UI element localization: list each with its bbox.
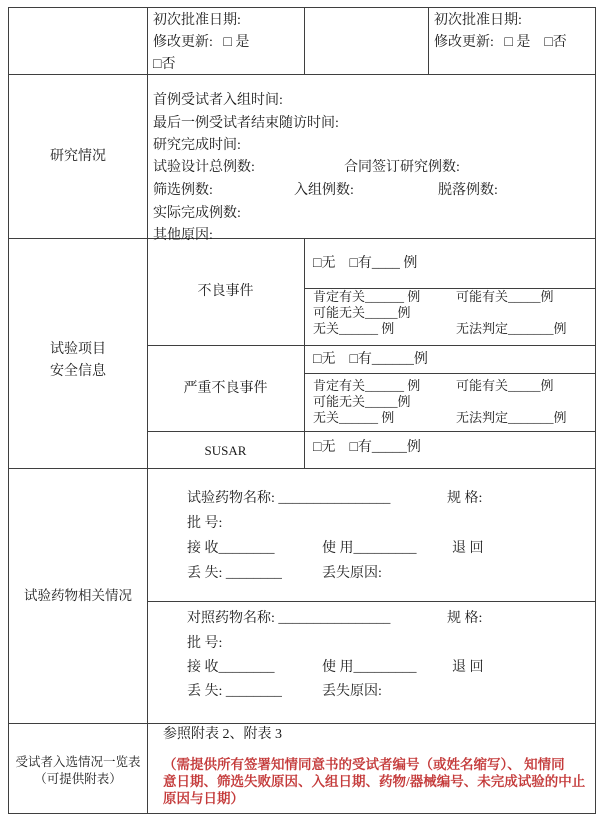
reference-appendix-note: 参照附表 2、附表 3: [163, 727, 282, 743]
contract-signed-cases: 合同签订研究例数:: [344, 160, 460, 176]
ae-none-has-checkboxes: □无 □有____ 例: [313, 256, 417, 272]
design-total-cases: 试验设计总例数:: [153, 160, 255, 176]
control-drug-return-field: 退 回: [452, 660, 484, 676]
dropout-cases: 脱落例数:: [438, 183, 498, 199]
sae-definitely-related: 肯定有关______ 例: [313, 378, 420, 393]
test-drug-name-field: 试验药物名称: ________________: [187, 491, 390, 507]
control-drug-receive-field: 接 收________: [187, 660, 275, 676]
control-drug-loss-reason-field: 丢失原因:: [322, 684, 382, 700]
approval-date-label-right: 初次批准日期:: [434, 13, 522, 29]
other-reasons: 其他原因:: [153, 228, 213, 244]
grid-line-sae-bottom: [147, 431, 595, 432]
sae-possibly-unrelated: 可能无关_____例: [313, 394, 411, 409]
ae-definitely-related: 肯定有关______ 例: [313, 289, 420, 304]
sae-unrelated: 无关______ 例: [313, 410, 394, 425]
grid-line-row1-divider2: [304, 8, 305, 74]
test-drug-receive-field: 接 收________: [187, 541, 275, 557]
actual-completed-cases: 实际完成例数:: [153, 206, 241, 222]
revision-update-right: 修改更新: □ 是 □否: [434, 35, 567, 51]
test-drug-batch-field: 批 号:: [187, 516, 222, 532]
test-drug-loss-field: 丢 失: ________: [187, 566, 282, 582]
grid-line-row2-bottom: [9, 238, 595, 239]
enrollment-list-row-header-line1: 受试者入选情况一览表: [9, 754, 147, 770]
control-drug-batch-field: 批 号:: [187, 636, 222, 652]
sae-none-has-checkboxes: □无 □有______例: [313, 352, 428, 368]
control-drug-name-field: 对照药物名称: ________________: [187, 611, 390, 627]
enrolled-cases: 入组例数:: [294, 183, 354, 199]
form-table: 初次批准日期: 修改更新: □ 是 □否 初次批准日期: 修改更新: □ 是 □…: [8, 7, 596, 814]
revision-update-left: 修改更新: □ 是: [153, 35, 249, 51]
safety-row-header-line1: 试验项目: [9, 342, 147, 358]
grid-line-drug-bottom: [9, 723, 595, 724]
grid-line-drug-inner: [147, 601, 595, 602]
control-drug-use-field: 使 用_________: [322, 660, 417, 676]
red-requirement-note-line3: 原因与日期）: [163, 790, 244, 807]
test-drug-loss-reason-field: 丢失原因:: [322, 566, 382, 582]
susar-header: SUSAR: [147, 443, 304, 458]
grid-line-ae-bottom: [147, 345, 595, 346]
research-complete-time: 研究完成时间:: [153, 138, 241, 154]
sae-undeterminable: 无法判定_______例: [456, 410, 567, 425]
revision-no-checkbox-left: □否: [153, 57, 175, 73]
sae-possibly-related: 可能有关_____例: [456, 378, 554, 393]
grid-line-row1-divider3: [428, 8, 429, 74]
ae-undeterminable: 无法判定_______例: [456, 321, 567, 336]
test-drug-use-field: 使 用_________: [322, 541, 417, 557]
susar-none-has-checkboxes: □无 □有_____例: [313, 440, 421, 456]
red-requirement-note-line1: （需提供所有签署知情同意书的受试者编号（或姓名缩写）、 知情同: [163, 756, 565, 773]
test-drug-spec-field: 规 格:: [447, 491, 482, 507]
test-drug-return-field: 退 回: [452, 541, 484, 557]
red-requirement-note-line2: 意日期、筛选失败原因、入组日期、药物/器械编号、未完成试验的中止: [163, 773, 585, 790]
screened-cases: 筛选例数:: [153, 183, 213, 199]
ae-unrelated: 无关______ 例: [313, 321, 394, 336]
grid-line-safety-divider: [304, 238, 305, 468]
approval-date-label-left: 初次批准日期:: [153, 13, 241, 29]
grid-line-safety-bottom: [9, 468, 595, 469]
drug-related-row-header: 试验药物相关情况: [9, 588, 147, 604]
first-subject-enroll-time: 首例受试者入组时间:: [153, 93, 283, 109]
grid-line-sae-inner: [304, 373, 595, 374]
enrollment-list-row-header-line2: （可提供附表）: [9, 771, 147, 787]
control-drug-spec-field: 规 格:: [447, 611, 482, 627]
last-subject-followup-time: 最后一例受试者结束随访时间:: [153, 116, 339, 132]
ae-possibly-unrelated: 可能无关_____例: [313, 305, 411, 320]
grid-line-row1-bottom: [9, 74, 595, 75]
control-drug-loss-field: 丢 失: ________: [187, 684, 282, 700]
ae-possibly-related: 可能有关_____例: [456, 289, 554, 304]
